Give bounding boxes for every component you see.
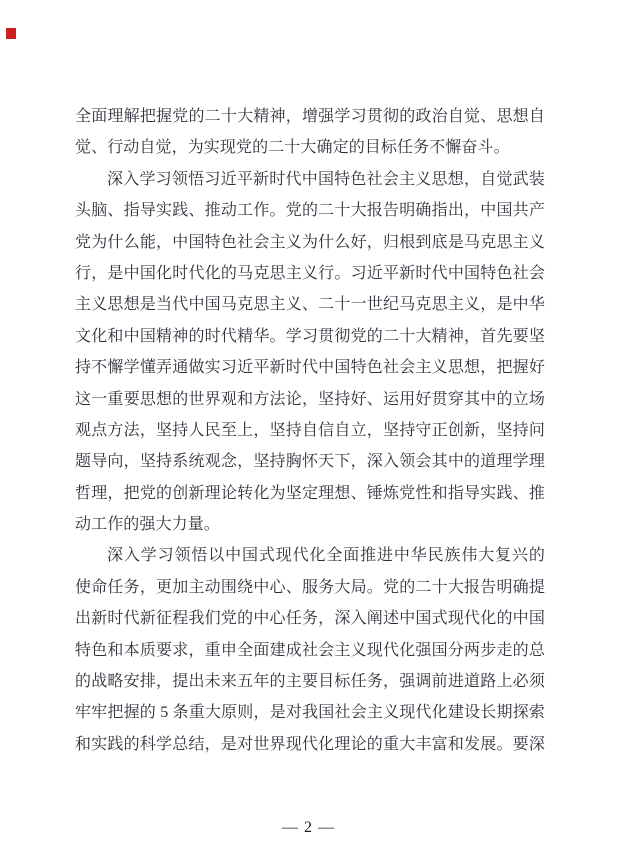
red-mark xyxy=(6,28,16,39)
text-line: 行，是中国化时代化的马克思主义行。习近平新时代中国特色社会 xyxy=(75,258,545,289)
text-line: 深入学习领悟以中国式现代化全面推进中华民族伟大复兴的 xyxy=(75,540,545,571)
body-text: 全面理解把握党的二十大精神，增强学习贯彻的政治自觉、思想自 觉、行动自觉，为实现… xyxy=(75,101,545,760)
text-line: 觉、行动自觉，为实现党的二十大确定的目标任务不懈奋斗。 xyxy=(75,132,545,163)
text-line: 出新时代新征程我们党的中心任务，深入阐述中国式现代化的中国 xyxy=(75,603,545,634)
text-line: 题导向，坚持系统观念，坚持胸怀天下，深入领会其中的道理学理 xyxy=(75,446,545,477)
text-line: 哲理，把党的创新理论转化为坚定理想、锤炼党性和指导实践、推 xyxy=(75,478,545,509)
text-line: 全面理解把握党的二十大精神，增强学习贯彻的政治自觉、思想自 xyxy=(75,101,545,132)
text-line: 持不懈学懂弄通做实习近平新时代中国特色社会主义思想，把握好 xyxy=(75,352,545,383)
text-line: 动工作的强大力量。 xyxy=(75,509,545,540)
text-line: 牢牢把握的 5 条重大原则，是对我国社会主义现代化建设长期探索 xyxy=(75,697,545,728)
text-line: 党为什么能，中国特色社会主义为什么好，归根到底是马克思主义 xyxy=(75,227,545,258)
text-line: 主义思想是当代中国马克思主义、二十一世纪马克思主义，是中华 xyxy=(75,289,545,320)
text-line: 头脑、指导实践、推动工作。党的二十大报告明确指出，中国共产 xyxy=(75,195,545,226)
page-number: — 2 — xyxy=(0,818,617,838)
text-line: 这一重要思想的世界观和方法论，坚持好、运用好贯穿其中的立场 xyxy=(75,384,545,415)
text-line: 观点方法，坚持人民至上，坚持自信自立，坚持守正创新，坚持问 xyxy=(75,415,545,446)
text-line: 和实践的科学总结，是对世界现代化理论的重大丰富和发展。要深 xyxy=(75,729,545,760)
text-line: 的战略安排，提出未来五年的主要目标任务，强调前进道路上必须 xyxy=(75,666,545,697)
text-line: 深入学习领悟习近平新时代中国特色社会主义思想，自觉武装 xyxy=(75,164,545,195)
text-line: 使命任务，更加主动围绕中心、服务大局。党的二十大报告明确提 xyxy=(75,572,545,603)
text-line: 特色和本质要求，重申全面建成社会主义现代化强国分两步走的总 xyxy=(75,635,545,666)
document-page: 全面理解把握党的二十大精神，增强学习贯彻的政治自觉、思想自 觉、行动自觉，为实现… xyxy=(0,0,617,857)
page-number-label: — 2 — xyxy=(282,819,335,836)
text-line: 文化和中国精神的时代精华。学习贯彻党的二十大精神，首先要坚 xyxy=(75,321,545,352)
